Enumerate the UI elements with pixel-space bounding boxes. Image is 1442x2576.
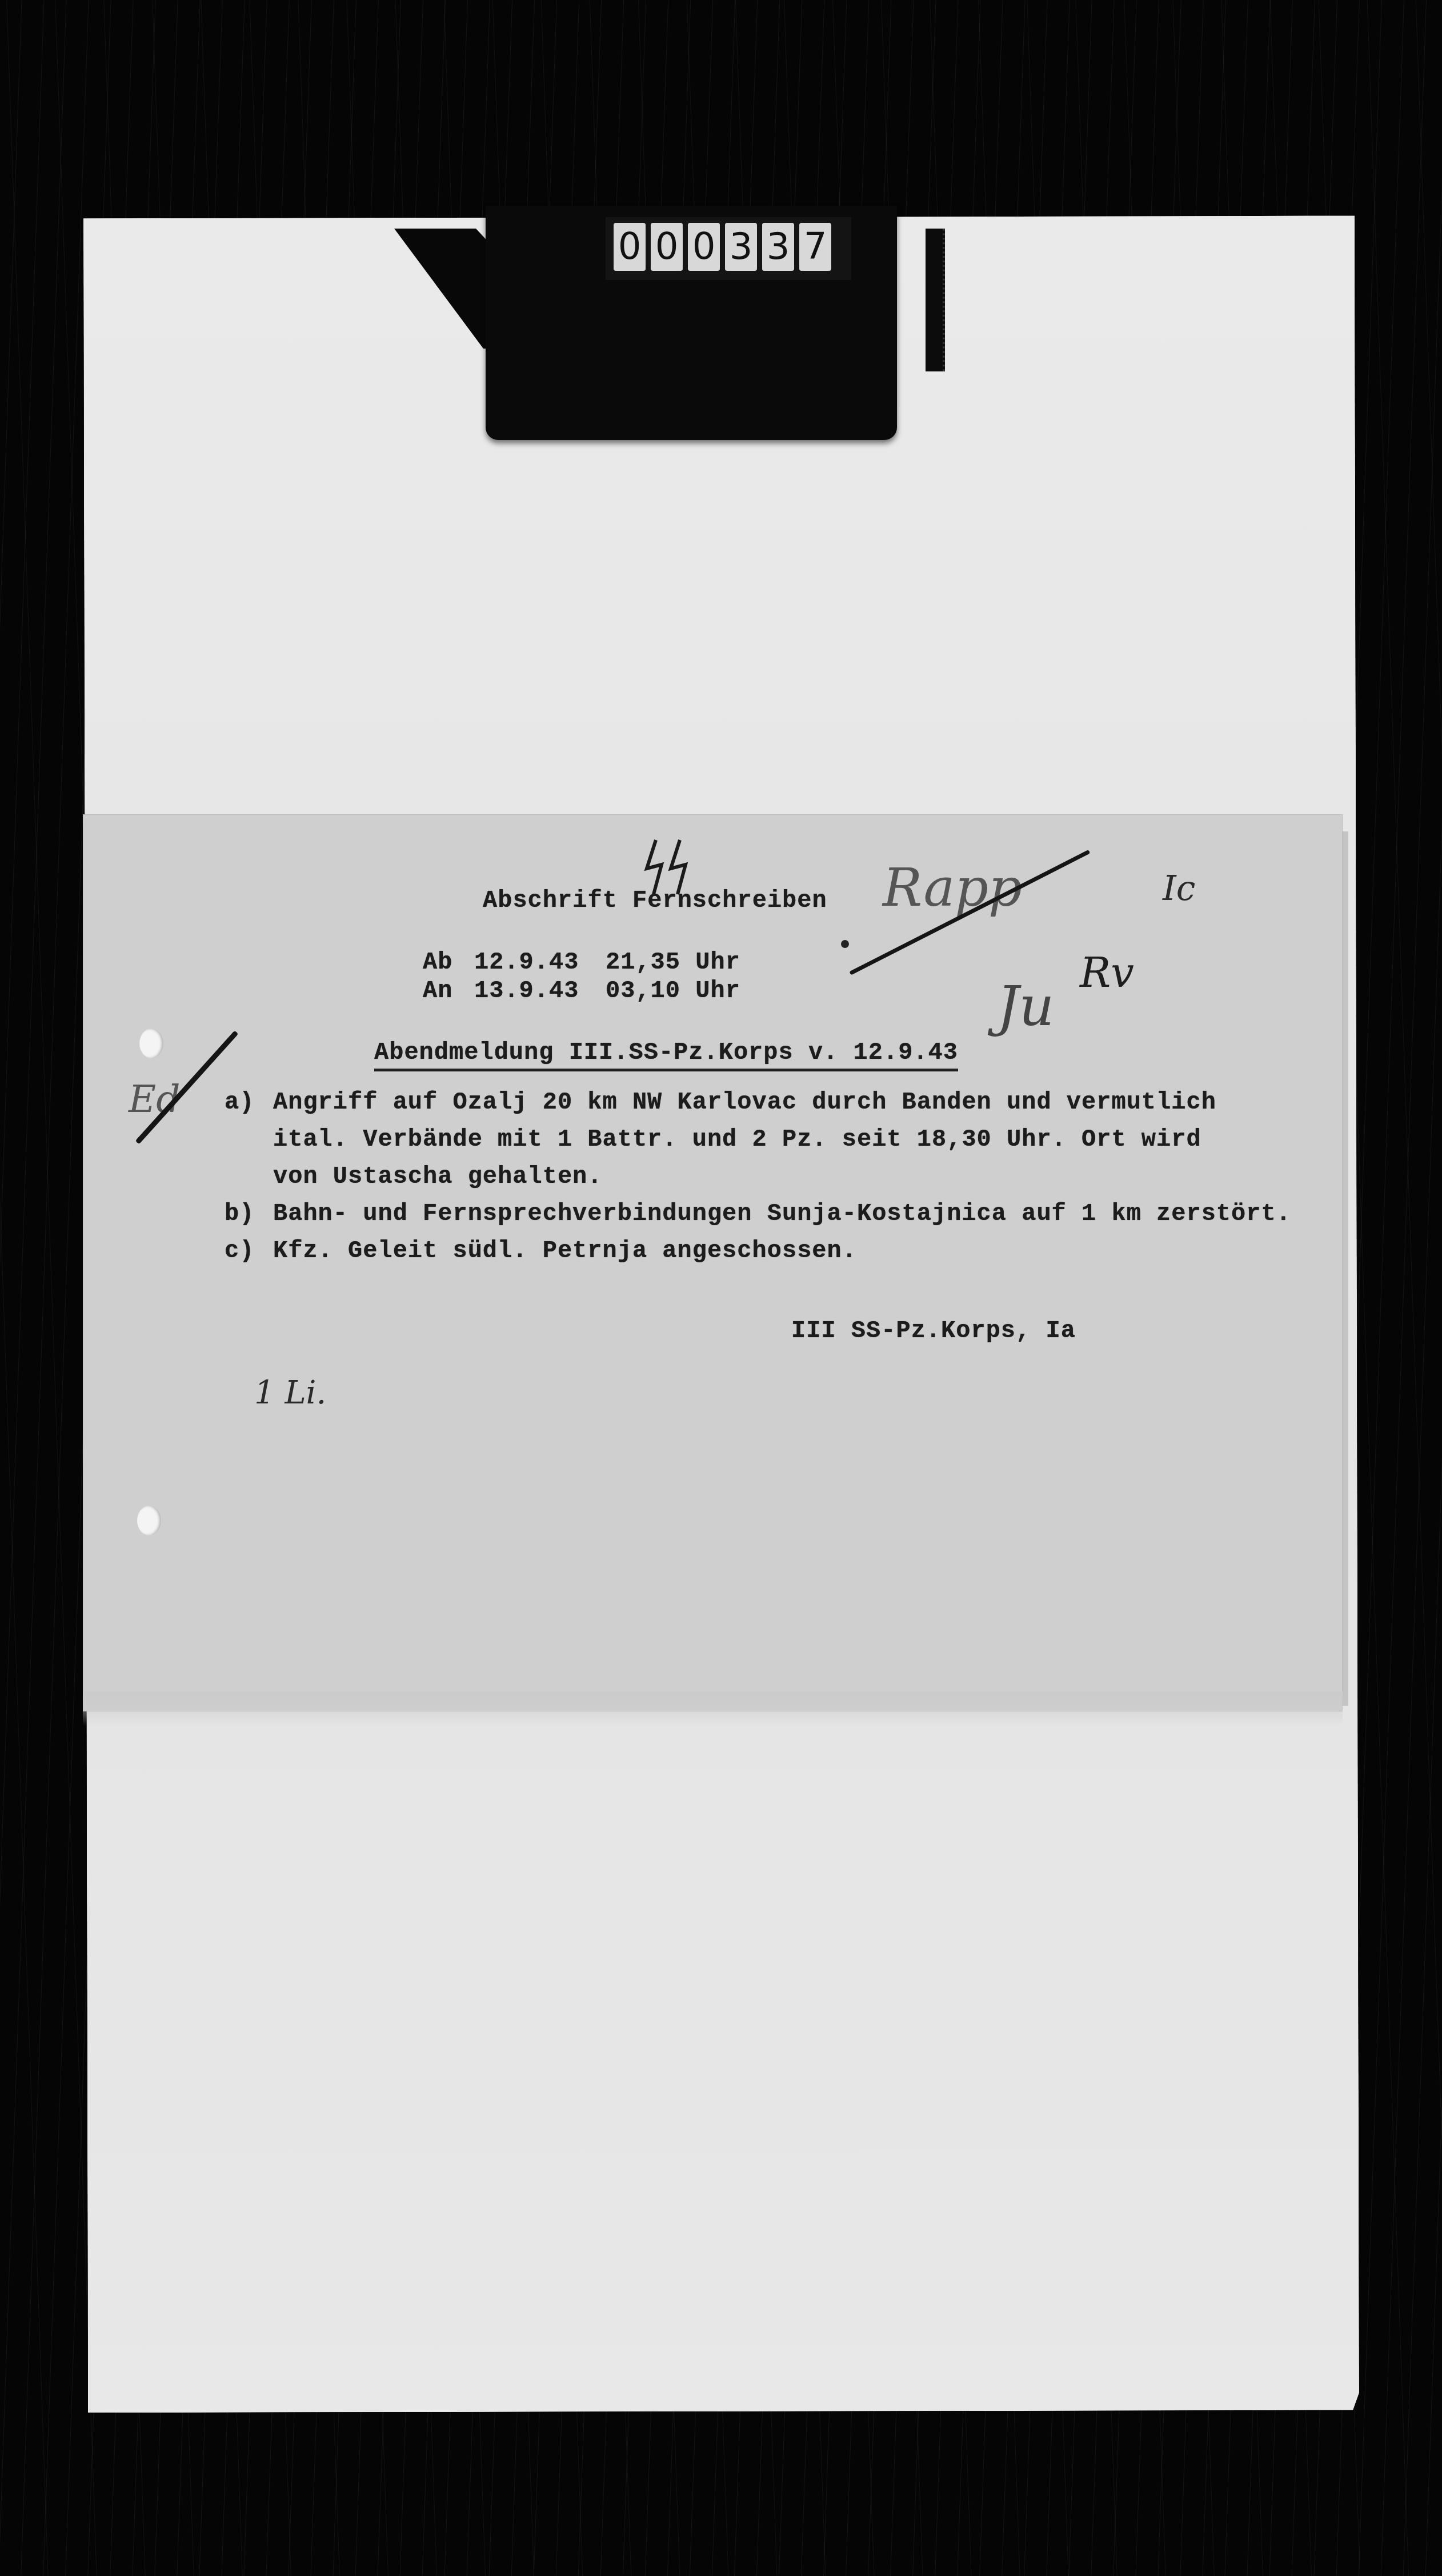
- ink-dot: [841, 940, 849, 948]
- counter-knob: [926, 229, 945, 371]
- punch-hole-icon: [139, 1029, 163, 1058]
- counter-digit: 0: [614, 223, 646, 271]
- item-a-line-1: Angriff auf Ozalj 20 km NW Karlovac durc…: [273, 1089, 1216, 1116]
- counter-digit: 0: [688, 223, 720, 271]
- item-marker-b: b): [225, 1200, 254, 1227]
- item-marker-c: c): [225, 1237, 254, 1265]
- recv-date: 13.9.43: [474, 977, 579, 1005]
- telex-slip-bottom-edge: [83, 1691, 1343, 1726]
- handwritten-initials-2: Rv: [1080, 949, 1134, 997]
- sent-time: 21,35 Uhr: [606, 949, 740, 976]
- handwritten-initials-1: Ju: [997, 974, 1054, 1038]
- counter-window: 0 0 0 3 3 7: [606, 217, 851, 280]
- recv-label: An: [423, 977, 452, 1005]
- sent-date: 12.9.43: [474, 949, 579, 976]
- counter-digit: 0: [651, 223, 683, 271]
- handwritten-struck-name: Rapp: [883, 857, 1022, 918]
- punch-hole-icon: [137, 1506, 161, 1535]
- item-c-line-1: Kfz. Geleit südl. Petrnja angeschossen.: [273, 1237, 857, 1265]
- handwritten-file-note: 1 Li.: [254, 1374, 326, 1411]
- counter-digit: 3: [762, 223, 794, 271]
- report-subject: Abendmeldung III.SS-Pz.Korps v. 12.9.43: [374, 1039, 958, 1071]
- counter-digit: 3: [725, 223, 757, 271]
- item-a-line-3: von Ustascha gehalten.: [273, 1163, 603, 1190]
- sent-label: Ab: [423, 949, 452, 976]
- telex-title: Abschrift Fernschreiben: [483, 887, 827, 914]
- item-a-line-2: ital. Verbände mit 1 Battr. und 2 Pz. se…: [273, 1126, 1201, 1153]
- counter-body: 0 0 0 3 3 7: [486, 206, 897, 440]
- item-marker-a: a): [225, 1089, 254, 1116]
- frame-counter-device: 0 0 0 3 3 7: [394, 206, 977, 446]
- routing-mark: Ic: [1163, 869, 1195, 909]
- item-b-line-1: Bahn- und Fernsprechverbindungen Sunja-K…: [273, 1200, 1291, 1227]
- sender-signature: III SS-Pz.Korps, Ia: [791, 1317, 1076, 1345]
- counter-digit: 7: [799, 223, 831, 271]
- recv-time: 03,10 Uhr: [606, 977, 740, 1005]
